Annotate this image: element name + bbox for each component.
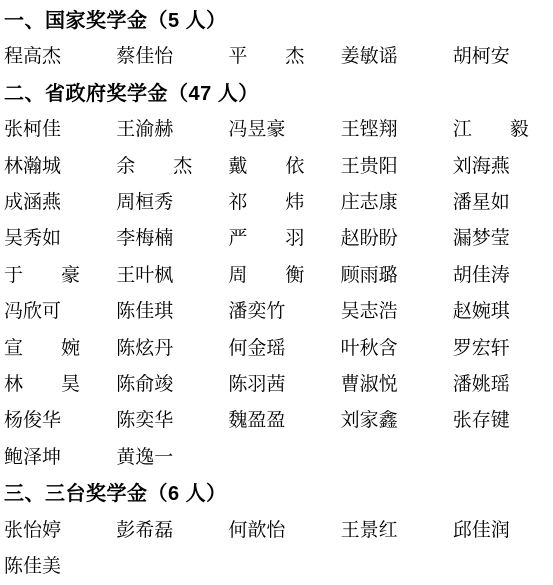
name-item: 赵婉琪 [453, 294, 553, 330]
name-item: 林 昊 [4, 367, 116, 403]
name-item: 余 杰 [116, 149, 228, 185]
name-item: 漏梦莹 [453, 221, 553, 257]
name-item: 周桓秀 [116, 185, 228, 221]
name-item: 鲍泽坤 [4, 440, 116, 476]
name-item: 陈羽茜 [228, 367, 340, 403]
name-item: 何金瑶 [228, 331, 340, 367]
name-item: 曹淑悦 [341, 367, 453, 403]
name-item: 陈佳琪 [116, 294, 228, 330]
name-item: 张怡婷 [4, 513, 116, 549]
name-item: 平 杰 [228, 39, 340, 75]
name-item: 刘家鑫 [341, 403, 453, 439]
name-item: 张存键 [453, 403, 553, 439]
name-item: 江 毅 [453, 112, 553, 148]
name-item: 王铿翔 [341, 112, 453, 148]
name-item: 陈炫丹 [116, 331, 228, 367]
name-item: 彭希磊 [116, 513, 228, 549]
name-item: 周 衡 [228, 258, 340, 294]
name-item: 罗宏轩 [453, 331, 553, 367]
name-item: 潘星如 [453, 185, 553, 221]
name-item: 陈俞竣 [116, 367, 228, 403]
name-item: 顾雨璐 [341, 258, 453, 294]
name-item: 成涵燕 [4, 185, 116, 221]
name-item: 祁 炜 [228, 185, 340, 221]
name-item: 胡柯安 [453, 39, 553, 75]
name-item: 潘奕竹 [228, 294, 340, 330]
section-heading: 三、三台奖学金（6 人） [4, 476, 553, 512]
name-item: 杨俊华 [4, 403, 116, 439]
name-item: 程高杰 [4, 39, 116, 75]
name-item: 王景红 [341, 513, 453, 549]
names-grid: 张怡婷彭希磊何歆怡王景红邱佳润陈佳美 [4, 513, 553, 585]
name-item: 吴秀如 [4, 221, 116, 257]
name-item: 陈奕华 [116, 403, 228, 439]
scholarship-award-document: 一、国家奖学金（5 人）程高杰蔡佳怡平 杰姜敏谣胡柯安二、省政府奖学金（47 人… [0, 0, 553, 585]
name-item: 刘海燕 [453, 149, 553, 185]
name-item: 李梅楠 [116, 221, 228, 257]
section-heading: 一、国家奖学金（5 人） [4, 3, 553, 39]
sections-container: 一、国家奖学金（5 人）程高杰蔡佳怡平 杰姜敏谣胡柯安二、省政府奖学金（47 人… [4, 3, 553, 585]
name-item: 王叶枫 [116, 258, 228, 294]
name-item: 戴 依 [228, 149, 340, 185]
name-item: 姜敏谣 [341, 39, 453, 75]
name-item: 严 羽 [228, 221, 340, 257]
name-item: 林瀚城 [4, 149, 116, 185]
name-item: 庄志康 [341, 185, 453, 221]
name-item: 赵盼盼 [341, 221, 453, 257]
names-grid: 张柯佳王渝赫冯昱豪王铿翔江 毅林瀚城余 杰戴 依王贵阳刘海燕成涵燕周桓秀祁 炜庄… [4, 112, 553, 476]
name-item: 邱佳润 [453, 513, 553, 549]
name-item: 张柯佳 [4, 112, 116, 148]
section-heading: 二、省政府奖学金（47 人） [4, 76, 553, 112]
name-item: 宣 婉 [4, 331, 116, 367]
name-item: 叶秋含 [341, 331, 453, 367]
name-item: 冯欣可 [4, 294, 116, 330]
names-grid: 程高杰蔡佳怡平 杰姜敏谣胡柯安 [4, 39, 553, 75]
name-item: 蔡佳怡 [116, 39, 228, 75]
name-item: 黄逸一 [116, 440, 228, 476]
name-item: 胡佳涛 [453, 258, 553, 294]
name-item: 冯昱豪 [228, 112, 340, 148]
name-item: 陈佳美 [4, 549, 116, 585]
name-item: 王渝赫 [116, 112, 228, 148]
name-item: 潘姚瑶 [453, 367, 553, 403]
name-item: 魏盈盈 [228, 403, 340, 439]
name-item: 于 豪 [4, 258, 116, 294]
name-item: 何歆怡 [228, 513, 340, 549]
name-item: 王贵阳 [341, 149, 453, 185]
name-item: 吴志浩 [341, 294, 453, 330]
